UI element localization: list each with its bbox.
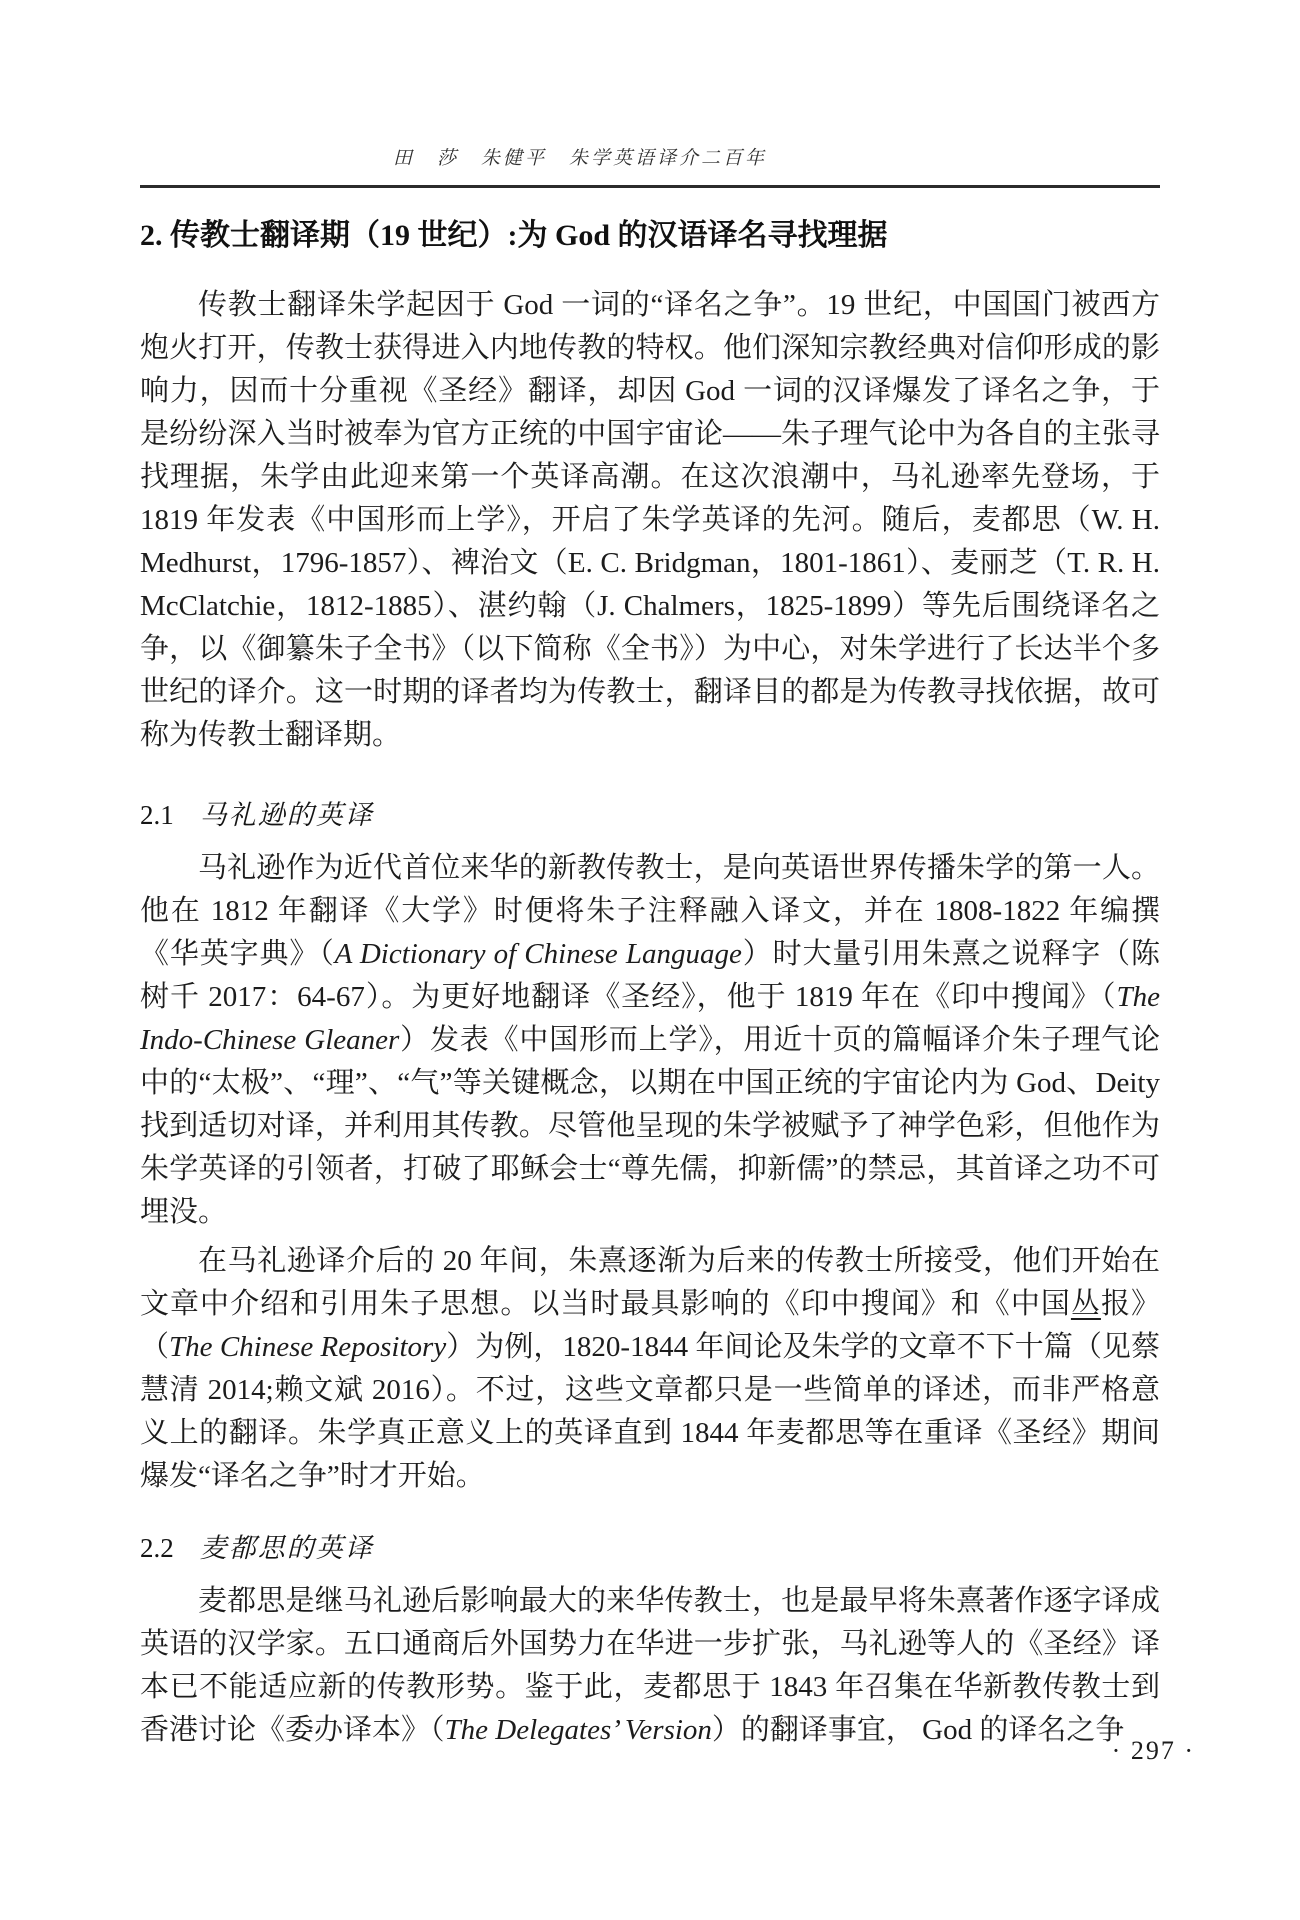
document-page: 田 莎 朱健平 朱学英语译介二百年 2. 传教士翻译期（19 世纪）:为 God… xyxy=(0,0,1300,1920)
section-2-1-paragraph-1: 马礼逊作为近代首位来华的新教传教士，是向英语世界传播朱学的第一人。他在 1812… xyxy=(140,847,1160,1234)
section-2-heading: 2. 传教士翻译期（19 世纪）:为 God 的汉语译名寻找理据 xyxy=(140,214,1160,258)
page-content: 田 莎 朱健平 朱学英语译介二百年 2. 传教士翻译期（19 世纪）:为 God… xyxy=(140,0,1160,1752)
text-segment: The Chinese Repository xyxy=(169,1331,446,1363)
text-segment: 丛 xyxy=(1071,1288,1101,1320)
section-2-2-heading: 2.2麦都思的英译 xyxy=(140,1530,1160,1566)
text-segment: 传教士翻译朱学起因于 God 一词的“译名之争”。19 世纪，中国国门被西方炮火… xyxy=(140,289,1160,751)
section-2-2-title: 麦都思的英译 xyxy=(200,1533,374,1563)
header-rule xyxy=(140,185,1160,188)
text-segment: ）的翻译事宜， God 的译名之争 xyxy=(712,1714,1124,1746)
section-2-1-title: 马礼逊的英译 xyxy=(200,800,374,830)
text-segment: The Delegates’ Version xyxy=(445,1714,712,1746)
text-segment: A Dictionary of Chinese Language xyxy=(335,938,742,970)
page-number: · 297 · xyxy=(1112,1736,1195,1766)
section-2-1-number: 2.1 xyxy=(140,797,174,833)
section-2-1-paragraph-2: 在马礼逊译介后的 20 年间，朱熹逐渐为后来的传教士所接受，他们开始在文章中介绍… xyxy=(140,1240,1160,1498)
section-2-2-paragraph-1: 麦都思是继马礼逊后影响最大的来华传教士，也是最早将朱熹著作逐字译成英语的汉学家。… xyxy=(140,1580,1160,1752)
section-2-paragraph-1: 传教士翻译朱学起因于 God 一词的“译名之争”。19 世纪，中国国门被西方炮火… xyxy=(140,284,1160,757)
running-header-title: 田 莎 朱健平 朱学英语译介二百年 xyxy=(70,146,1090,172)
text-segment: 在马礼逊译介后的 20 年间，朱熹逐渐为后来的传教士所接受，他们开始在文章中介绍… xyxy=(140,1245,1160,1320)
section-2-2-number: 2.2 xyxy=(140,1530,174,1566)
section-2-1-heading: 2.1马礼逊的英译 xyxy=(140,797,1160,833)
